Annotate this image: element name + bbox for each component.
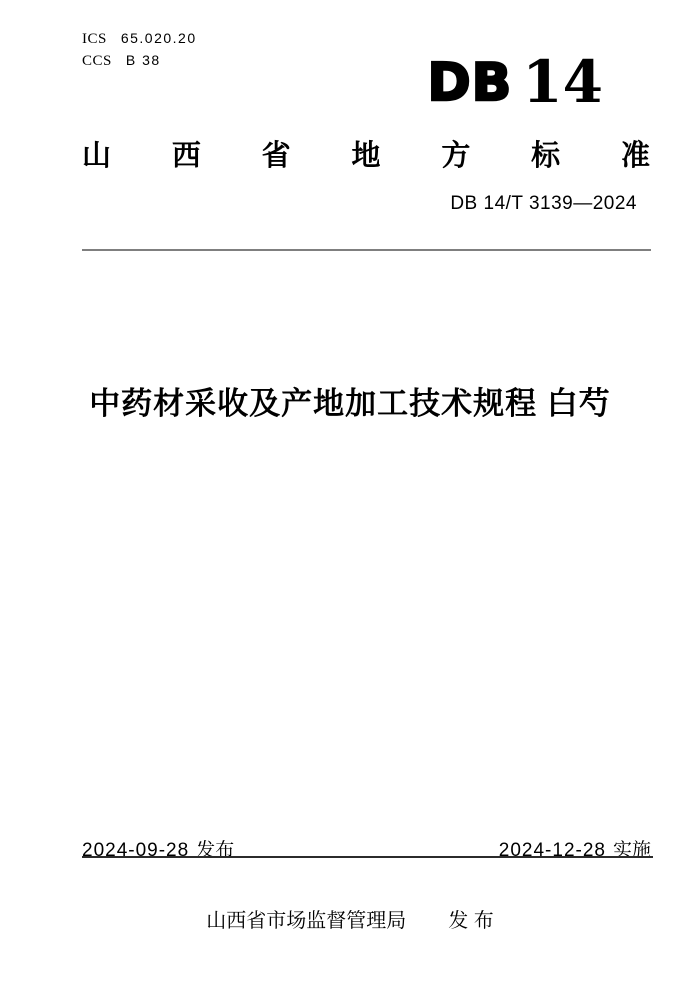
ics-label: ICS <box>82 31 107 48</box>
standard-name-char: 西 <box>172 133 201 174</box>
issue-date: 2024-09-28 <box>82 840 189 862</box>
footer-rule <box>82 856 653 858</box>
db14-logo: DB 14 <box>427 56 603 109</box>
header-rule <box>82 249 651 251</box>
publisher-name: 山西省市场监督管理局 <box>206 904 406 933</box>
classification-codes: ICS 65.020.20 CCS B 38 <box>82 30 197 74</box>
db14-logo-prefix: DB <box>427 57 512 109</box>
standard-name-char: 准 <box>621 133 650 174</box>
standard-name-char: 山 <box>82 133 111 174</box>
ics-value: 65.020.20 <box>121 30 197 46</box>
standard-name-char: 省 <box>262 133 291 174</box>
ccs-row: CCS B 38 <box>82 52 197 74</box>
db14-logo-region: 14 <box>522 56 603 109</box>
ics-row: ICS 65.020.20 <box>82 30 197 52</box>
standard-title: 中药材采收及产地加工技术规程 白芍 <box>0 378 700 423</box>
standard-name-char: 地 <box>351 133 380 174</box>
standard-name-row: 山 西 省 地 方 标 准 <box>82 133 650 174</box>
standard-name-char: 标 <box>531 133 560 174</box>
doc-number: DB 14/T 3139—2024 <box>450 193 637 215</box>
standard-cover-page: ICS 65.020.20 CCS B 38 DB 14 山 西 省 地 方 标… <box>0 0 700 990</box>
publisher-row: 山西省市场监督管理局 发 布 <box>0 904 700 933</box>
standard-name-char: 方 <box>441 133 470 174</box>
publish-action-label: 发 布 <box>448 904 494 933</box>
ccs-label: CCS <box>82 53 112 70</box>
impl-date: 2024-12-28 <box>499 840 606 862</box>
ccs-value: B 38 <box>126 52 161 68</box>
